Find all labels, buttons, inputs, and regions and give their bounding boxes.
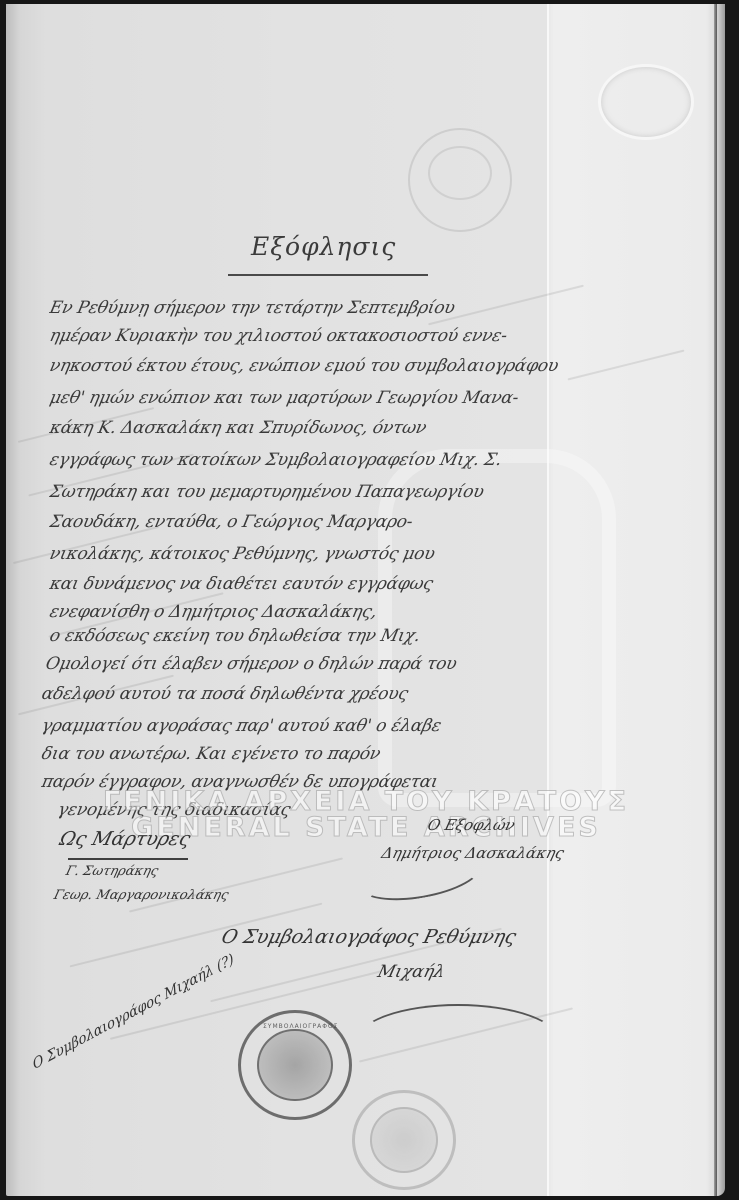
ghost-tughra-emblem — [408, 128, 512, 232]
witness-signature-1: Γ. Σωτηράκης — [64, 864, 160, 879]
notary-flourish — [356, 1004, 560, 1078]
body-line: Εν Ρεθύμνῃ σήμερον την τετάρτην Σεπτεμβρ… — [48, 298, 582, 318]
notary-seal-stamp: ΣΥΜΒΟΛΑΙΟΓΡΑΦΟΣ — [238, 1010, 352, 1120]
body-line: Σαουδάκη, ενταύθα, ο Γεώργιος Μαργαρο- — [48, 512, 582, 532]
seal-inscription: ΣΥΜΒΟΛΑΙΟΓΡΑΦΟΣ — [263, 1023, 338, 1030]
document-title: Εξόφλησις — [251, 232, 396, 261]
body-line: νηκοστού έκτου έτους, ενώπιον εμού του σ… — [48, 356, 582, 376]
scan-frame: Εξόφλησις Εν Ρεθύμνῃ σήμερον την τετάρτη… — [0, 0, 739, 1200]
body-line: κάκη Κ. Δασκαλάκη και Σπυρίδωνος, όντων — [48, 418, 582, 438]
body-line: εγγράφως των κατοίκων Συμβολαιογραφείου … — [48, 450, 582, 470]
body-line: ο εκδόσεως εκείνη του δηλωθείσα την Μιχ. — [48, 626, 582, 646]
closing-witnesses-label: Ως Μάρτυρες — [57, 828, 192, 850]
notary-title-signature: Ο Συμβολαιογράφος Ρεθύμνης — [219, 926, 518, 948]
body-line: Ομολογεί ότι έλαβεν σήμερον ο δηλών παρά… — [44, 654, 578, 674]
body-line: και δυνάμενος να διαθέτει εαυτόν εγγράφω… — [48, 574, 582, 594]
page-edge — [714, 4, 717, 1196]
body-line: ημέραν Κυριακὴν του χιλιοστού οκτακοσιοσ… — [48, 326, 582, 346]
witness-signature-2: Γεωρ. Μαργαρονικολάκης — [52, 888, 230, 903]
witness-divider — [68, 858, 188, 860]
body-line: Σωτηράκη και του μεμαρτυρημένου Παπαγεωρ… — [48, 482, 582, 502]
closing-debtor-label: Ο Εξοφλών — [426, 816, 517, 834]
seal-emblem — [257, 1029, 332, 1102]
document-page: Εξόφλησις Εν Ρεθύμνῃ σήμερον την τετάρτη… — [6, 4, 725, 1196]
seal-emblem — [370, 1107, 439, 1173]
body-line: νικολάκης, κάτοικος Ρεθύμνης, γνωστός μο… — [48, 544, 582, 564]
body-line: αδελφού αυτού τα ποσά δηλωθέντα χρέους — [40, 684, 574, 704]
embossed-seal-top — [598, 64, 694, 140]
margin-signature: Ο Συμβολαιογράφος Μιχαήλ (?) — [31, 951, 235, 1073]
notary-name-signature: Μιχαήλ — [376, 962, 448, 982]
body-line: δια του ανωτέρω. Και εγένετο το παρόν — [40, 744, 574, 764]
lower-faint-seal — [352, 1090, 456, 1190]
body-line: ενεφανίσθη ο Δημήτριος Δασκαλάκης, — [48, 602, 582, 622]
title-underline — [228, 274, 428, 276]
body-line: μεθ' ημών ενώπιον και των μαρτύρων Γεωργ… — [48, 388, 582, 408]
signature-flourish — [355, 844, 485, 909]
body-line: γραμματίου αγοράσας παρ' αυτού καθ' ο έλ… — [40, 716, 574, 736]
